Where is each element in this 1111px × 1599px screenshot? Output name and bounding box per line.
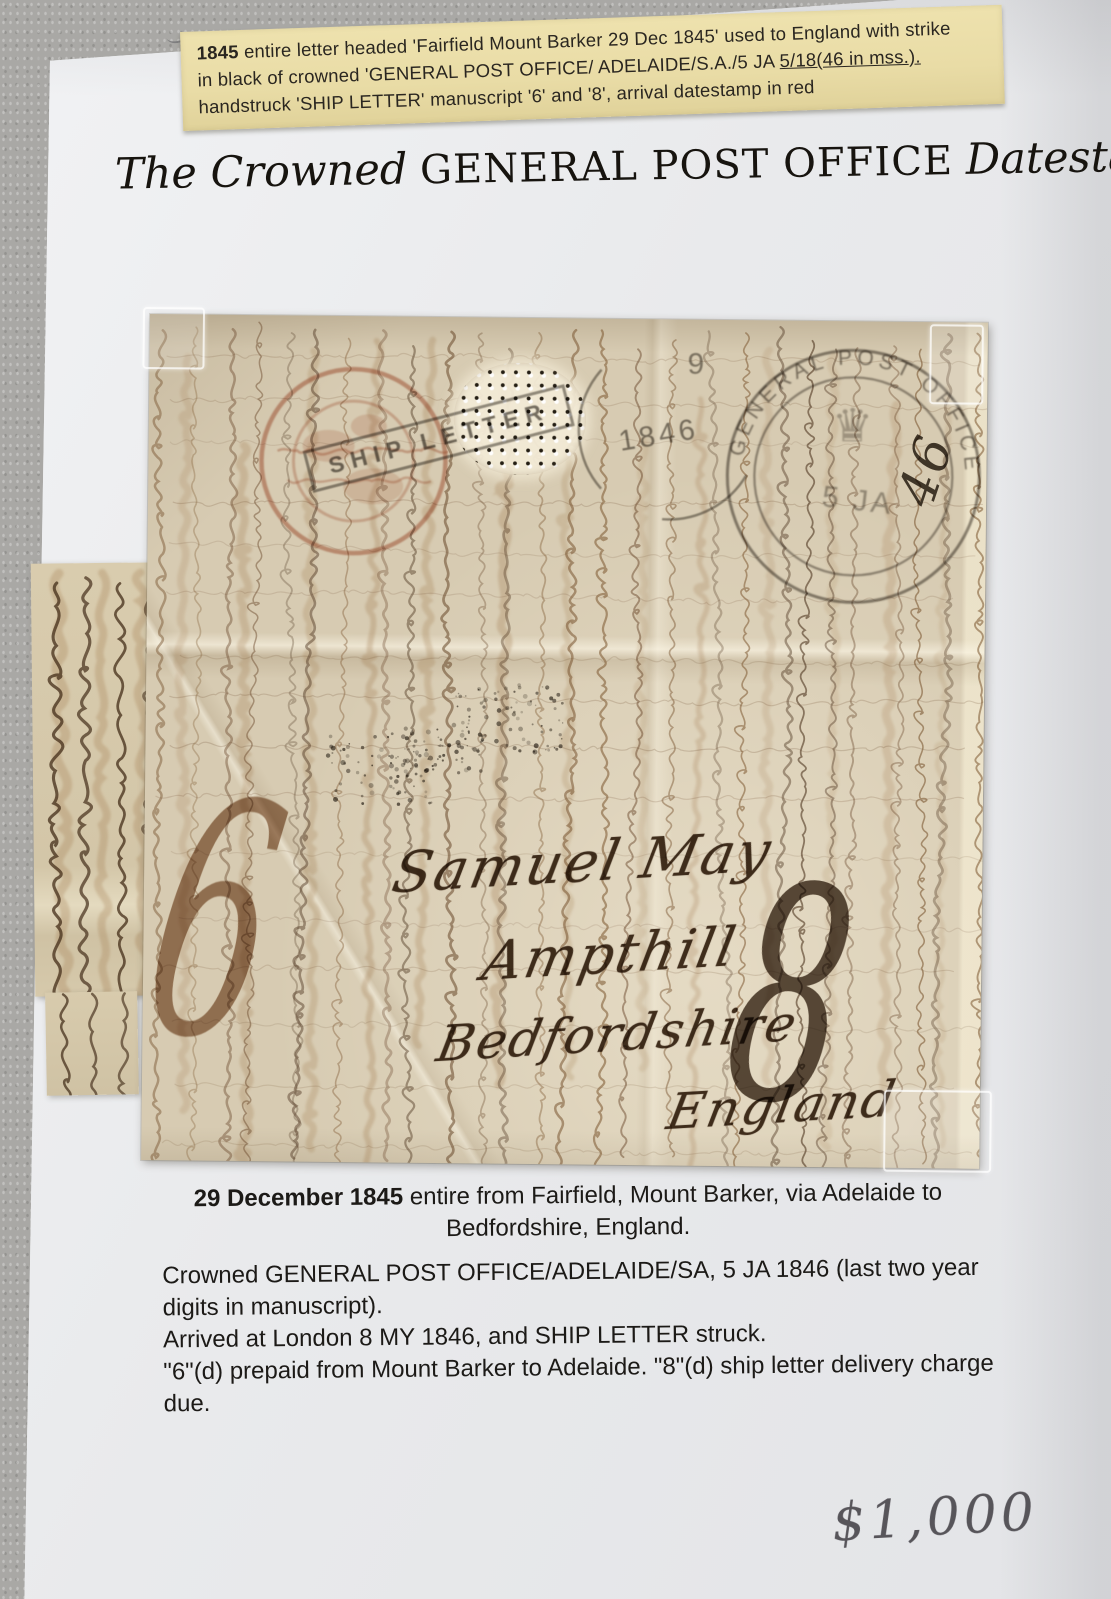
mount-corner-top-right (929, 324, 984, 405)
label-year: 1845 (196, 41, 239, 63)
photo-of-exhibit-page: 1845 entire letter headed 'Fairfield Mou… (0, 0, 1111, 1599)
handwritten-price: $1,000 (831, 1483, 1040, 1554)
description-para-3: "6"(d) prepaid from Mount Barker to Adel… (163, 1347, 1006, 1420)
address-panel: Samuel May Ampthill Bedfordshire England (141, 314, 988, 1169)
letter-second-sheet-tail (45, 991, 139, 1096)
title-part-2: GENERAL POST OFFICE (420, 138, 954, 193)
caption-date: 29 December 1845 (194, 1183, 404, 1212)
description-para-1: Crowned GENERAL POST OFFICE/ADELAIDE/SA,… (162, 1252, 1005, 1325)
title-part-1: The Crowned (115, 145, 408, 200)
entire-letter-1845: 9 1846 SHIP LETTER GENERAL POST OFFICE ♛… (141, 314, 988, 1169)
strip-tail-handwriting (45, 991, 139, 1096)
caption-line2: Bedfordshire, England. (446, 1213, 690, 1242)
mount-corner-top-left (142, 307, 205, 370)
letter-caption: 29 December 1845 entire from Fairfield, … (128, 1176, 1009, 1247)
mount-corner-bottom-right (883, 1090, 992, 1173)
label-line2-underlined: 5/18(46 in mss.). (779, 45, 921, 71)
caption-line1: entire from Fairfield, Mount Barker, via… (403, 1179, 942, 1211)
postal-markings-description: Crowned GENERAL POST OFFICE/ADELAIDE/SA,… (162, 1252, 1006, 1420)
address-line-name: Samuel May (387, 820, 777, 907)
title-part-3: Datestamp (965, 131, 1111, 185)
address-line-town: Ampthill (477, 916, 742, 993)
